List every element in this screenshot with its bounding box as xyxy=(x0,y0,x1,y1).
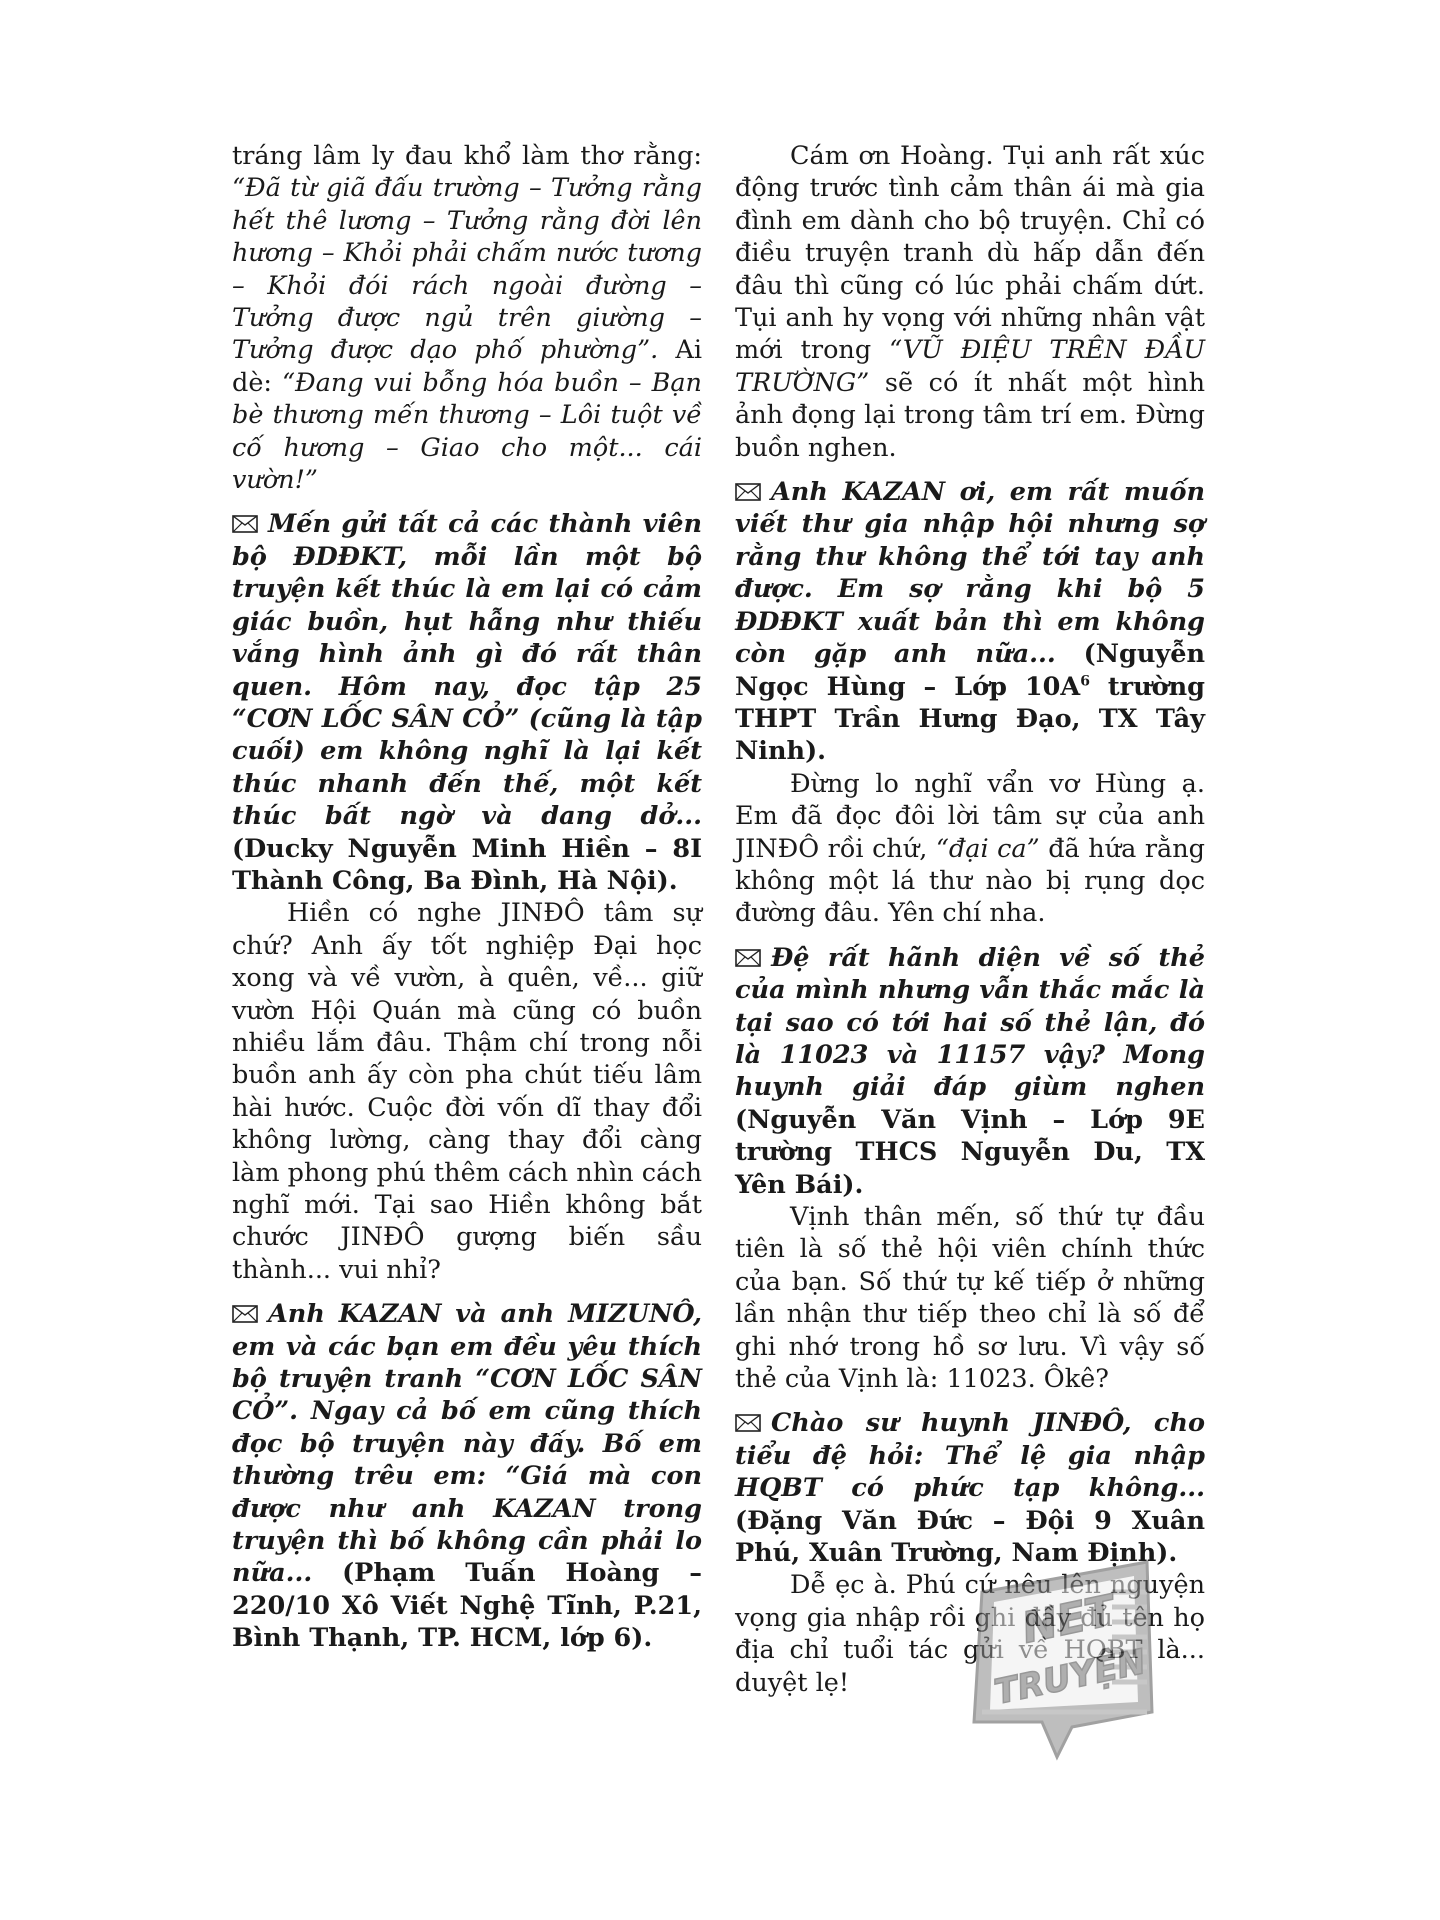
letter-signature: (Đặng Văn Đức – Đội 9 Xuân Phú, Xuân Trư… xyxy=(735,1506,1205,1568)
envelope-icon xyxy=(735,1414,761,1432)
reader-letter: Anh KAZAN và anh MIZUNÔ, em và các bạn e… xyxy=(232,1298,702,1654)
right-column: Cám ơn Hoàng. Tụi anh rất xúc động trước… xyxy=(735,140,1205,1699)
quoted-nickname: “đại ca” xyxy=(936,834,1040,864)
paragraph-text: Cám ơn Hoàng. Tụi anh rất xúc động trước… xyxy=(735,141,1205,365)
envelope-icon xyxy=(232,1305,258,1323)
left-column: tráng lâm ly đau khổ làm thơ rằng: “Đã t… xyxy=(232,140,702,1655)
poem-quote: “Đã từ giã đấu trường – Tưởng rằng hết t… xyxy=(232,173,702,365)
letter-body: Chào sư huynh JINĐÔ, cho tiểu đệ hỏi: Th… xyxy=(735,1408,1205,1503)
poem-quote: “Đang vui bỗng hóa buồn – Bạn bè thương … xyxy=(232,368,702,495)
reply-paragraph: Vịnh thân mến, số thứ tự đầu tiên là số … xyxy=(735,1201,1205,1395)
reader-letter: Đệ rất hãnh diện về số thẻ của mình nhưn… xyxy=(735,942,1205,1201)
reply-paragraph: Đừng lo nghĩ vẩn vơ Hùng ạ. Em đã đọc đô… xyxy=(735,768,1205,930)
letter-signature: (Ducky Nguyễn Minh Hiền – 8I Thành Công,… xyxy=(232,834,702,896)
reply-paragraph: Hiền có nghe JINĐÔ tâm sự chứ? Anh ấy tố… xyxy=(232,897,702,1286)
letter-body: Mến gửi tất cả các thành viên bộ ĐDĐKT, … xyxy=(232,509,702,831)
reader-letter: Chào sư huynh JINĐÔ, cho tiểu đệ hỏi: Th… xyxy=(735,1407,1205,1569)
reader-letter: Mến gửi tất cả các thành viên bộ ĐDĐKT, … xyxy=(232,508,702,897)
envelope-icon xyxy=(735,949,761,967)
class-superscript: 6 xyxy=(1080,673,1090,689)
letter-body: Đệ rất hãnh diện về số thẻ của mình nhưn… xyxy=(735,943,1205,1103)
poem-paragraph: tráng lâm ly đau khổ làm thơ rằng: “Đã t… xyxy=(232,140,702,496)
reader-letter: Anh KAZAN ơi, em rất muốn viết thư gia n… xyxy=(735,476,1205,768)
letter-signature: (Nguyễn Văn Vịnh – Lớp 9E trường THCS Ng… xyxy=(735,1105,1205,1200)
paragraph-text: tráng lâm ly đau khổ làm thơ rằng: xyxy=(232,141,702,171)
magazine-page: tráng lâm ly đau khổ làm thơ rằng: “Đã t… xyxy=(0,0,1440,1920)
reply-paragraph: Dễ ẹc à. Phú cứ nêu lên nguyện vọng gia … xyxy=(735,1569,1205,1699)
envelope-icon xyxy=(232,515,258,533)
reply-paragraph: Cám ơn Hoàng. Tụi anh rất xúc động trước… xyxy=(735,140,1205,464)
letter-body: Anh KAZAN và anh MIZUNÔ, em và các bạn e… xyxy=(232,1299,702,1588)
envelope-icon xyxy=(735,483,761,501)
